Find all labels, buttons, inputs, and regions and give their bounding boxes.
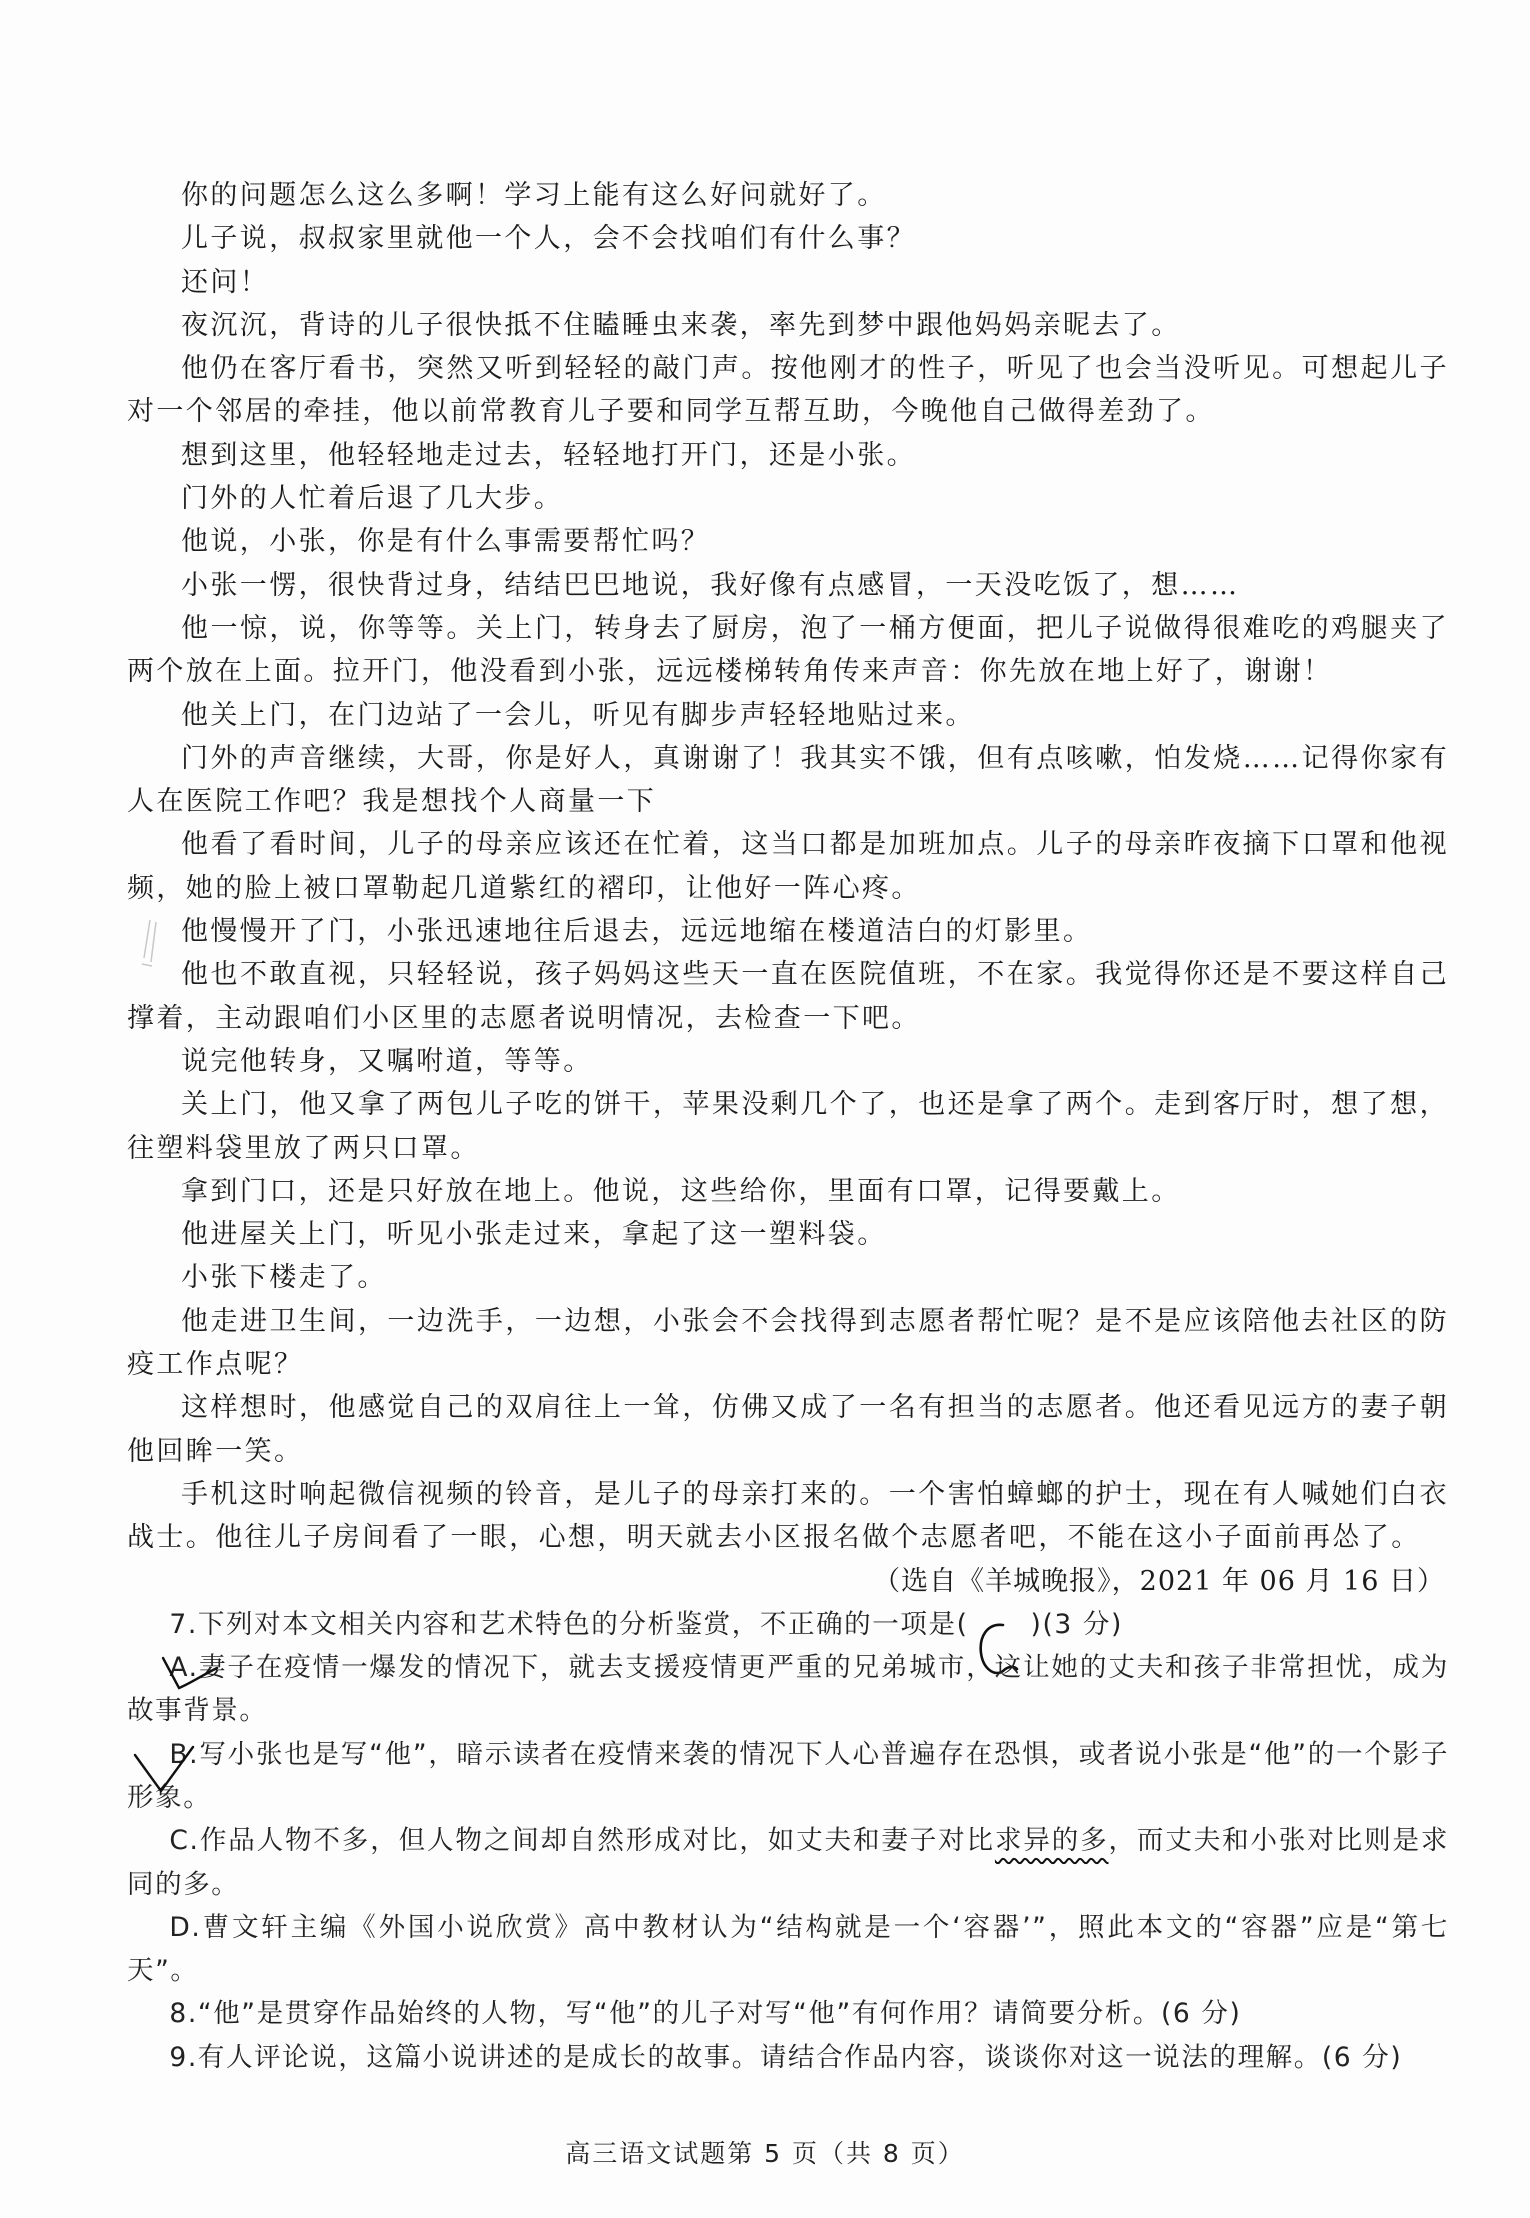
option-a-text: 妻子在疫情一爆发的情况下，就去支援疫情更严重的兄弟城市，这让她的丈夫和孩子非常担… [127, 1652, 1449, 1726]
option-c-text: 作品人物不多，但人物之间却自然形成对比，如丈夫和妻子对比 [200, 1825, 995, 1856]
question-9: 9.有人评论说，这篇小说讲述的是成长的故事。请结合作品内容，谈谈你对这一说法的理… [127, 2036, 1449, 2079]
option-d-label: D. [169, 1912, 201, 1943]
story-paragraph: 还问！ [127, 261, 1449, 304]
story-paragraph: 他慢慢开了门，小张迅速地往后退去，远远地缩在楼道洁白的灯影里。 [127, 910, 1449, 953]
option-d-text: 曹文轩主编《外国小说欣赏》高中教材认为“结构就是一个‘容器’”，照此本文的“容器… [127, 1912, 1449, 1986]
story-paragraph: 他进屋关上门，听见小张走过来，拿起了这一塑料袋。 [127, 1213, 1449, 1256]
question-8: 8.“他”是贯穿作品始终的人物，写“他”的儿子对写“他”有何作用？请简要分析。(… [127, 1992, 1449, 2035]
story-paragraph: 想到这里，他轻轻地走过去，轻轻地打开门，还是小张。 [127, 434, 1449, 477]
story-paragraph: 他一惊，说，你等等。关上门，转身去了厨房，泡了一桶方便面，把儿子说做得很难吃的鸡… [127, 607, 1449, 694]
story-paragraph: 他看了看时间，儿子的母亲应该还在忙着，这当口都是加班加点。儿子的母亲昨夜摘下口罩… [127, 823, 1449, 910]
check-mark-icon [133, 1745, 203, 1805]
question-7-stem: 7.下列对本文相关内容和艺术特色的分析鉴赏，不正确的一项是()(3 分) [127, 1603, 1449, 1646]
story-paragraph: 你的问题怎么这么多啊！学习上能有这么好问就好了。 [127, 174, 1449, 217]
story-paragraph: 小张下楼走了。 [127, 1256, 1449, 1299]
story-paragraph: 他关上门，在门边站了一会儿，听见有脚步声轻轻地贴过来。 [127, 694, 1449, 737]
q7-score-text: )(3 分) [1031, 1609, 1123, 1640]
q7-stem-text: 7.下列对本文相关内容和艺术特色的分析鉴赏，不正确的一项是( [169, 1609, 968, 1640]
story-paragraph: 门外的声音继续，大哥，你是好人，真谢谢了！我其实不饿，但有点咳嗽，怕发烧……记得… [127, 737, 1449, 824]
option-d: D.曹文轩主编《外国小说欣赏》高中教材认为“结构就是一个‘容器’”，照此本文的“… [127, 1906, 1449, 1993]
story-paragraph: 门外的人忙着后退了几大步。 [127, 477, 1449, 520]
option-b: B.写小张也是写“他”，暗示读者在疫情来袭的情况下人心普遍存在恐惧，或者说小张是… [127, 1733, 1449, 1820]
story-paragraph: 关上门，他又拿了两包儿子吃的饼干，苹果没剩几个了，也还是拿了两个。走到客厅时，想… [127, 1083, 1449, 1170]
story-paragraph: 他说，小张，你是有什么事需要帮忙吗？ [127, 520, 1449, 563]
story-paragraph: 他仍在客厅看书，突然又听到轻轻的敲门声。按他刚才的性子，听见了也会当没听见。可想… [127, 347, 1449, 434]
option-c: C.作品人物不多，但人物之间却自然形成对比，如丈夫和妻子对比求异的多，而丈夫和小… [127, 1819, 1449, 1906]
story-body: 你的问题怎么这么多啊！学习上能有这么好问就好了。 儿子说，叔叔家里就他一个人，会… [127, 174, 1449, 2079]
source-citation: （选自《羊城晚报》，2021 年 06 月 16 日） [127, 1560, 1449, 1603]
story-paragraph: 拿到门口，还是只好放在地上。他说，这些给你，里面有口罩，记得要戴上。 [127, 1170, 1449, 1213]
story-paragraph: 他走进卫生间，一边洗手，一边想，小张会不会找得到志愿者帮忙呢？是不是应该陪他去社… [127, 1300, 1449, 1387]
page-footer: 高三语文试题第 5 页（共 8 页） [0, 2134, 1530, 2170]
story-paragraph: 儿子说，叔叔家里就他一个人，会不会找咱们有什么事？ [127, 217, 1449, 260]
story-paragraph: 夜沉沉，背诗的儿子很快抵不住瞌睡虫来袭，率先到梦中跟他妈妈亲昵去了。 [127, 304, 1449, 347]
story-paragraph: 小张一愣，很快背过身，结结巴巴地说，我好像有点感冒，一天没吃饭了，想…… [127, 564, 1449, 607]
story-paragraph: 说完他转身，又嘱咐道，等等。 [127, 1040, 1449, 1083]
story-paragraph: 他也不敢直视，只轻轻说，孩子妈妈这些天一直在医院值班，不在家。我觉得你还是不要这… [127, 953, 1449, 1040]
exam-page: 你的问题怎么这么多啊！学习上能有这么好问就好了。 儿子说，叔叔家里就他一个人，会… [0, 0, 1530, 2218]
story-paragraph: 这样想时，他感觉自己的双肩往上一耸，仿佛又成了一名有担当的志愿者。他还看见远方的… [127, 1386, 1449, 1473]
option-c-label: C. [169, 1825, 199, 1856]
wavy-underlined-phrase: 求异的多 [995, 1825, 1109, 1856]
option-b-text: 写小张也是写“他”，暗示读者在疫情来袭的情况下人心普遍存在恐惧，或者说小张是“他… [127, 1739, 1449, 1813]
story-paragraph: 手机这时响起微信视频的铃音，是儿子的母亲打来的。一个害怕蟑螂的护士，现在有人喊她… [127, 1473, 1449, 1560]
check-mark-icon [161, 1654, 231, 1700]
option-a: A.妻子在疫情一爆发的情况下，就去支援疫情更严重的兄弟城市，这让她的丈夫和孩子非… [127, 1646, 1449, 1733]
